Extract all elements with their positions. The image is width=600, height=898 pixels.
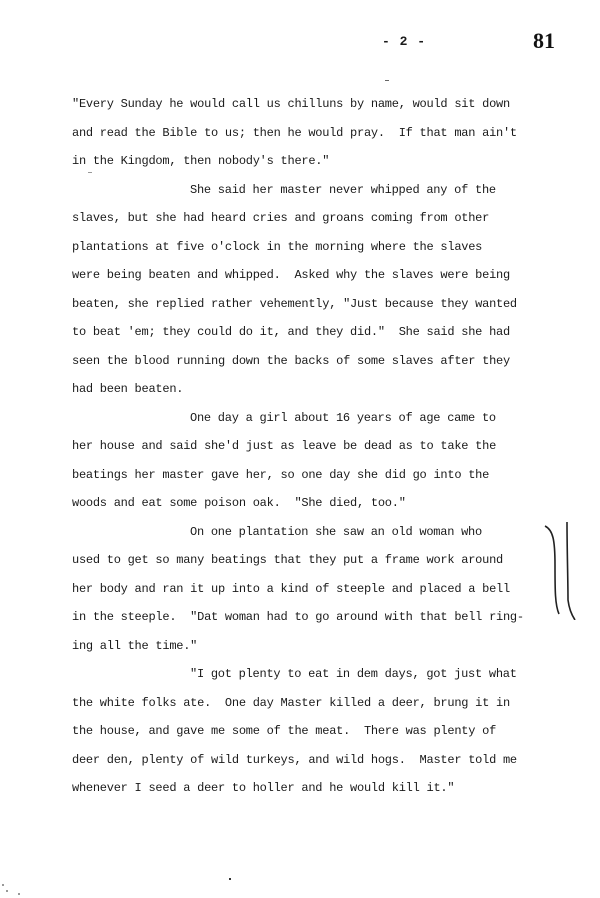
folio-number: 81 [533,28,555,54]
text-line: slaves, but she had heard cries and groa… [72,204,532,233]
text-line: She said her master never whipped any of… [72,176,532,205]
text-line: "Every Sunday he would call us chilluns … [72,90,532,119]
text-line: were being beaten and whipped. Asked why… [72,261,532,290]
text-line: had been beaten. [72,375,532,404]
text-line: in the steeple. "Dat woman had to go aro… [72,603,532,632]
text-line: beaten, she replied rather vehemently, "… [72,290,532,319]
text-line: woods and eat some poison oak. "She died… [72,489,532,518]
text-line: her body and ran it up into a kind of st… [72,575,532,604]
text-line: beatings her master gave her, so one day… [72,461,532,490]
text-line: deer den, plenty of wild turkeys, and wi… [72,746,532,775]
text-line: used to get so many beatings that they p… [72,546,532,575]
page-number: - 2 - [382,34,426,49]
text-line: the white folks ate. One day Master kill… [72,689,532,718]
typed-body-text: "Every Sunday he would call us chilluns … [72,90,532,803]
text-line: plantations at five o'clock in the morni… [72,233,532,262]
margin-mark-icon [543,520,593,620]
text-line: "I got plenty to eat in dem days, got ju… [72,660,532,689]
text-line: her house and said she'd just as leave b… [72,432,532,461]
text-line: and read the Bible to us; then he would … [72,119,532,148]
text-line: seen the blood running down the backs of… [72,347,532,376]
text-line: On one plantation she saw an old woman w… [72,518,532,547]
text-line: ing all the time." [72,632,532,661]
text-line: One day a girl about 16 years of age cam… [72,404,532,433]
text-line: in the Kingdom, then nobody's there." [72,147,532,176]
text-line: the house, and gave me some of the meat.… [72,717,532,746]
text-line: to beat 'em; they could do it, and they … [72,318,532,347]
text-line: whenever I seed a deer to holler and he … [72,774,532,803]
